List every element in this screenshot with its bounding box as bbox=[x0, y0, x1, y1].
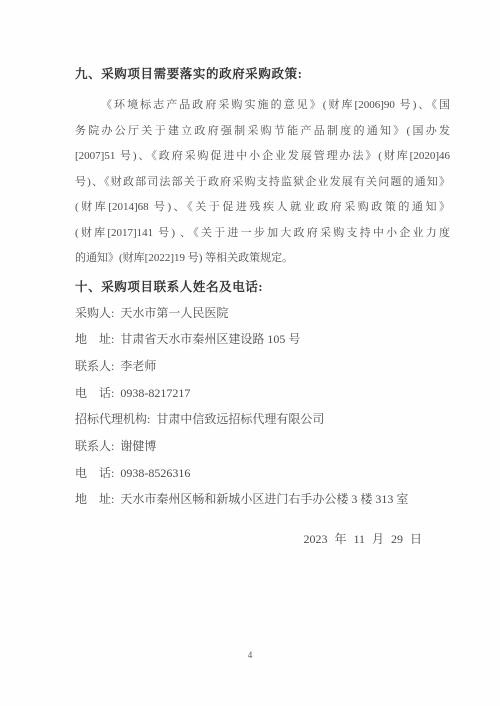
contact-value: 天水市第一人民医院 bbox=[120, 306, 228, 320]
policy-paragraph: 《环境标志产品政府采购实施的意见》(财库[2006]90 号)、《国 务院办公厅… bbox=[75, 93, 450, 272]
contact-value: 天水市秦州区畅和新城小区进门右手办公楼 3 楼 313 室 bbox=[120, 492, 408, 506]
contact-line-agency-person: 联系人:谢健博 bbox=[75, 433, 450, 460]
contact-line-purchaser-person: 联系人:李老师 bbox=[75, 353, 450, 380]
contact-value: 0938-8526316 bbox=[120, 466, 190, 480]
contact-label: 电 话: bbox=[75, 386, 114, 400]
contact-value: 谢健博 bbox=[120, 439, 156, 453]
policy-line: (财库[2017]141 号) 、《关于进一步加大政府采购支持中小企业力度 bbox=[75, 221, 450, 247]
contact-line-purchaser: 采购人:天水市第一人民医院 bbox=[75, 300, 450, 327]
policy-line: [2007]51 号)、《政府采购促进中小企业发展管理办法》(财库[2020]4… bbox=[75, 144, 450, 170]
contact-label: 地 址: bbox=[75, 332, 114, 346]
contact-label: 招标代理机构: bbox=[75, 412, 150, 426]
contact-value: 李老师 bbox=[120, 359, 156, 373]
policy-line: (财库[2014]68 号)、《关于促进残疾人就业政府采购政策的通知》 bbox=[75, 195, 450, 221]
contact-label: 采购人: bbox=[75, 306, 114, 320]
document-page: 九、采购项目需要落实的政府采购政策: 《环境标志产品政府采购实施的意见》(财库[… bbox=[0, 0, 500, 706]
policy-line: 务院办公厅关于建立政府强制采购节能产品制度的通知》(国办发 bbox=[75, 119, 450, 145]
contact-line-agency: 招标代理机构:甘肃中信致远招标代理有限公司 bbox=[75, 406, 450, 433]
policy-line: 号)、《财政部司法部关于政府采购支持监狱企业发展有关问题的通知》 bbox=[75, 170, 450, 196]
contact-value: 甘肃省天水市秦州区建设路 105 号 bbox=[120, 332, 300, 346]
contact-label: 地 址: bbox=[75, 492, 114, 506]
contact-label: 联系人: bbox=[75, 359, 114, 373]
section-heading-policies: 九、采购项目需要落实的政府采购政策: bbox=[75, 62, 450, 87]
contact-line-agency-address: 地 址:天水市秦州区畅和新城小区进门右手办公楼 3 楼 313 室 bbox=[75, 486, 450, 513]
contact-label: 联系人: bbox=[75, 439, 114, 453]
page-number: 4 bbox=[0, 650, 500, 660]
contact-value: 0938-8217217 bbox=[120, 386, 190, 400]
section-heading-contacts: 十、采购项目联系人姓名及电话: bbox=[75, 275, 450, 300]
contact-line-purchaser-address: 地 址:甘肃省天水市秦州区建设路 105 号 bbox=[75, 326, 450, 353]
policy-line: 的通知》(财库[2022]19 号) 等相关政策规定。 bbox=[75, 246, 450, 272]
policy-line: 《环境标志产品政府采购实施的意见》(财库[2006]90 号)、《国 bbox=[75, 93, 450, 119]
contact-label: 电 话: bbox=[75, 466, 114, 480]
document-content: 九、采购项目需要落实的政府采购政策: 《环境标志产品政府采购实施的意见》(财库[… bbox=[75, 62, 450, 549]
document-date: 2023 年 11 月 29 日 bbox=[75, 529, 450, 549]
contact-list: 采购人:天水市第一人民医院 地 址:甘肃省天水市秦州区建设路 105 号 联系人… bbox=[75, 300, 450, 514]
contact-value: 甘肃中信致远招标代理有限公司 bbox=[156, 412, 324, 426]
contact-line-purchaser-phone: 电 话:0938-8217217 bbox=[75, 380, 450, 407]
contact-line-agency-phone: 电 话:0938-8526316 bbox=[75, 460, 450, 487]
